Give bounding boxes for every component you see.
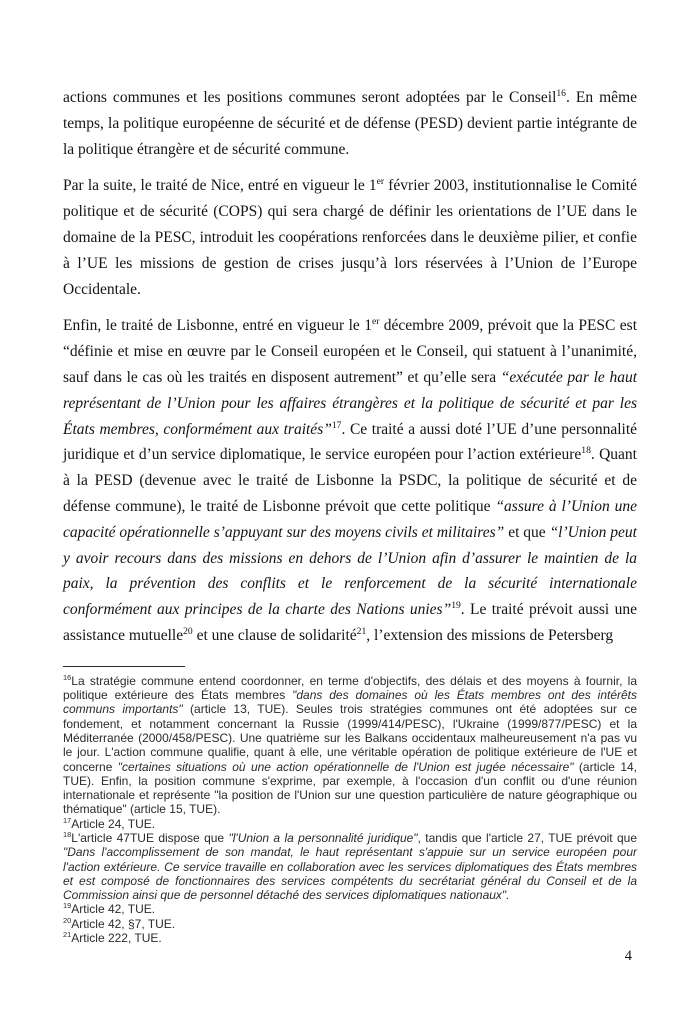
text-run: Enfin, le traité de Lisbonne, entré en v…	[63, 317, 372, 334]
footnote-ref: 20	[183, 626, 193, 637]
text-run: Article 222, TUE.	[71, 931, 161, 945]
footnote: 20Article 42, §7, TUE.	[63, 917, 637, 931]
text-run: , l’extension des missions de Petersberg	[366, 627, 613, 644]
footnote-ref: 16	[556, 88, 566, 99]
text-run: et que	[504, 524, 549, 541]
text-run: , tandis que l'article 27, TUE prévoit q…	[418, 831, 637, 845]
footnote-ref: er	[377, 176, 384, 187]
body-paragraphs: actions communes et les positions commun…	[63, 85, 637, 649]
italic-quote: "certaines situations où une action opér…	[118, 760, 574, 774]
paragraph: actions communes et les positions commun…	[63, 85, 637, 162]
text-run: Article 24, TUE.	[71, 817, 155, 831]
footnote: 19Article 42, TUE.	[63, 902, 637, 916]
paragraph: Enfin, le traité de Lisbonne, entré en v…	[63, 313, 637, 648]
italic-quote: "Dans l'accomplissement de son mandat, l…	[63, 845, 637, 902]
footnote: 21Article 222, TUE.	[63, 931, 637, 945]
footnote: 16La stratégie commune entend coordonner…	[63, 674, 637, 817]
footnotes-section: 16La stratégie commune entend coordonner…	[63, 674, 637, 946]
footnote: 18L'article 47TUE dispose que "l'Union a…	[63, 831, 637, 902]
text-run: février 2003, institutionnalise le Comit…	[63, 177, 637, 297]
footnote-ref: 21	[357, 626, 367, 637]
text-run: actions communes et les positions commun…	[63, 89, 556, 106]
footnote-ref: 18	[581, 445, 591, 456]
document-page: actions communes et les positions commun…	[0, 0, 700, 1028]
footnote-separator	[63, 666, 185, 667]
text-run: Article 42, TUE.	[71, 902, 155, 916]
page-number: 4	[625, 948, 632, 965]
paragraph: Par la suite, le traité de Nice, entré e…	[63, 173, 637, 302]
italic-quote: "l'Union a la personnalité juridique"	[228, 831, 417, 845]
text-run: et une clause de solidarité	[193, 627, 357, 644]
footnote-ref: 19	[451, 600, 461, 611]
text-run: Article 42, §7, TUE.	[71, 917, 175, 931]
text-run: Par la suite, le traité de Nice, entré e…	[63, 177, 377, 194]
footnote-ref: 17	[332, 419, 342, 430]
text-run: L'article 47TUE dispose que	[71, 831, 228, 845]
footnote: 17Article 24, TUE.	[63, 817, 637, 831]
